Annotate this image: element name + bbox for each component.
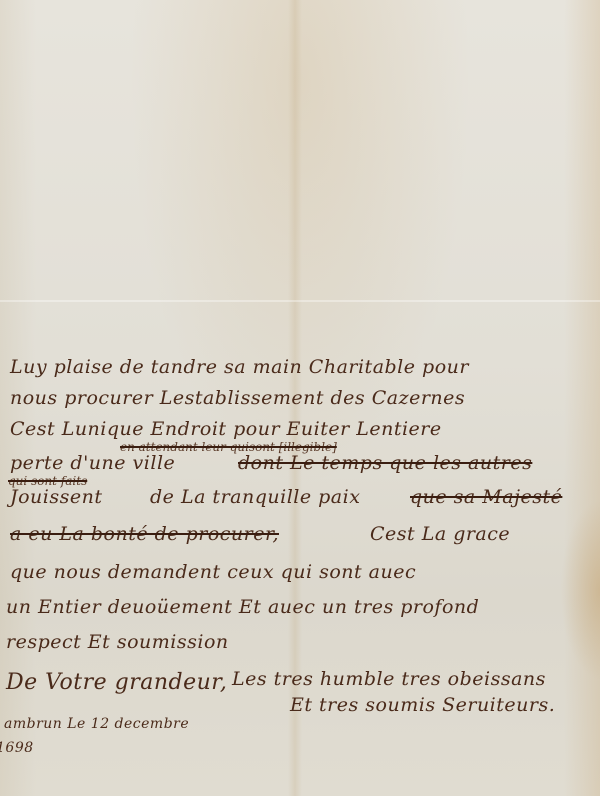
body-line-7: que nous demandent ceux qui sont auec: [10, 561, 416, 583]
letter-text: Luy plaise de tandre sa main Charitable …: [0, 0, 600, 796]
closing-salutation: De Votre grandeur,: [6, 670, 227, 695]
body-line-6b: Cest La grace: [370, 523, 510, 545]
body-line-1: Luy plaise de tandre sa main Charitable …: [10, 356, 469, 378]
body-line-8: un Entier deuoüement Et auec un tres pro…: [6, 596, 479, 618]
letter-sheet: Luy plaise de tandre sa main Charitable …: [0, 0, 600, 796]
body-line-4a: perte d'une ville: [10, 452, 175, 474]
signature-line-1: Les tres humble tres obeissans: [232, 668, 546, 690]
body-line-5b: de La tranquille paix: [150, 486, 360, 508]
year: 1698: [0, 740, 34, 756]
body-line-5c-struck: que sa Majesté: [410, 486, 562, 508]
body-line-9: respect Et soumission: [6, 631, 229, 653]
body-line-3: Cest Lunique Endroit pour Euiter Lentier…: [10, 418, 442, 440]
body-line-6a-struck: a eu La bonté de procurer,: [10, 523, 279, 545]
body-line-5a: Jouissent: [10, 486, 103, 508]
signature-line-2: Et tres soumis Seruiteurs.: [290, 694, 555, 716]
body-line-4b-struck: dont Le temps que les autres: [238, 452, 532, 474]
place-date: ambrun Le 12 decembre: [4, 716, 189, 732]
body-line-2: nous procurer Lestablissement des Cazern…: [10, 387, 465, 409]
